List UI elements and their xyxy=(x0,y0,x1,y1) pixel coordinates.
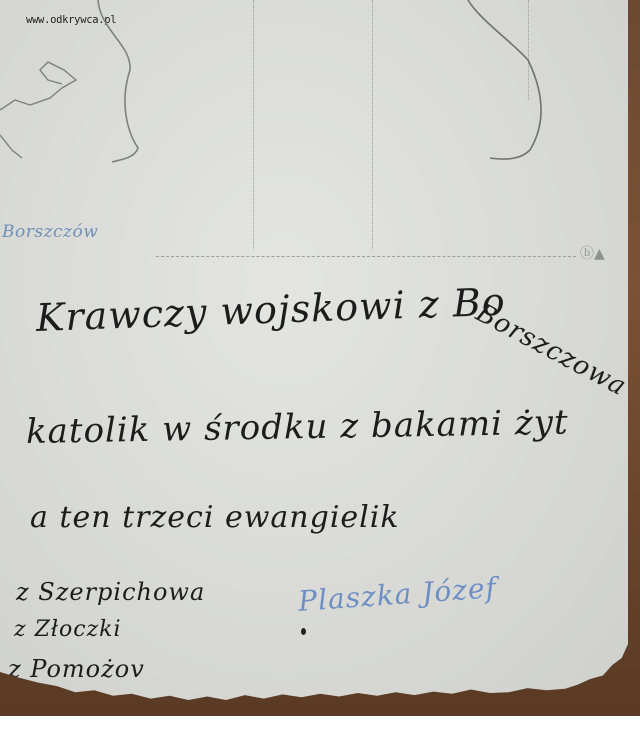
handwritten-line-5: z Złoczki xyxy=(14,617,122,642)
handwritten-line-3: a ten trzeci ewangielik xyxy=(30,500,400,535)
address-line xyxy=(156,256,576,257)
stamp-mark-icon: ⓑ▲ xyxy=(580,243,605,263)
handwritten-line-1-tail: Borszczowa xyxy=(471,298,632,402)
postcard-back: www.odkrywca.pl Borszczów ⓑ▲ Krawczy woj… xyxy=(0,0,628,700)
blue-signature: Plaszka Józef xyxy=(297,571,498,618)
handwritten-line-4: z Szerpichowa xyxy=(16,578,205,606)
pencil-sketch xyxy=(0,0,640,260)
handwritten-line-6: z Pomożov xyxy=(8,655,145,683)
ink-dot xyxy=(301,628,306,635)
blue-place-label: Borszczów xyxy=(2,222,98,242)
handwritten-line-2: katolik w środku z bakami żyt xyxy=(26,403,569,452)
handwritten-line-1: Krawczy wojskowi z Bo xyxy=(35,280,506,340)
